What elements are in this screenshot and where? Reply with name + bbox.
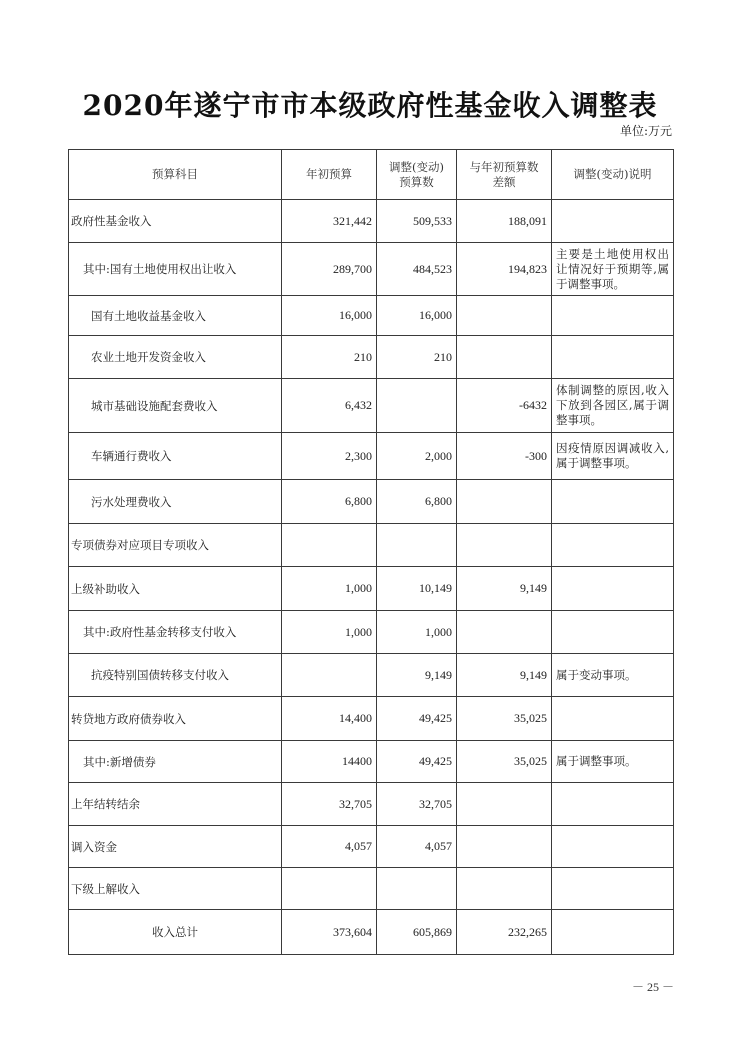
cell-initial-budget: 210 xyxy=(282,336,377,379)
cell-budget-item: 转贷地方政府债券收入 xyxy=(69,697,282,741)
cell-difference: 9,149 xyxy=(457,567,552,611)
cell-adjustment-note: 主要是土地使用权出让情况好于预期等,属于调整事项。 xyxy=(552,243,674,296)
cell-budget-item: 污水处理费收入 xyxy=(69,480,282,524)
cell-initial-budget: 32,705 xyxy=(282,783,377,826)
cell-difference xyxy=(457,480,552,524)
cell-difference xyxy=(457,826,552,868)
cell-adjusted-budget xyxy=(377,868,457,910)
cell-initial-budget: 373,604 xyxy=(282,910,377,955)
cell-adjustment-note: 属于变动事项。 xyxy=(552,654,674,697)
cell-adjusted-budget: 4,057 xyxy=(377,826,457,868)
cell-initial-budget: 14,400 xyxy=(282,697,377,741)
cell-difference: 188,091 xyxy=(457,200,552,243)
cell-initial-budget: 1,000 xyxy=(282,567,377,611)
cell-adjustment-note xyxy=(552,524,674,567)
table-row: 抗疫特别国债转移支付收入9,1499,149属于变动事项。 xyxy=(69,654,674,697)
cell-adjustment-note: 因疫情原因调减收入,属于调整事项。 xyxy=(552,433,674,480)
cell-adjusted-budget: 6,800 xyxy=(377,480,457,524)
cell-adjusted-budget: 605,869 xyxy=(377,910,457,955)
cell-adjustment-note xyxy=(552,296,674,336)
cell-adjusted-budget: 49,425 xyxy=(377,697,457,741)
cell-adjustment-note xyxy=(552,910,674,955)
table-row: 其中:国有土地使用权出让收入289,700484,523194,823主要是土地… xyxy=(69,243,674,296)
cell-budget-item: 其中:国有土地使用权出让收入 xyxy=(69,243,282,296)
cell-adjustment-note xyxy=(552,200,674,243)
cell-adjusted-budget xyxy=(377,379,457,433)
cell-adjustment-note xyxy=(552,480,674,524)
cell-adjusted-budget: 49,425 xyxy=(377,741,457,783)
budget-adjustment-table: 预算科目 年初预算 调整(变动) 预算数 与年初预算数 差额 调整(变动)说明 … xyxy=(68,149,674,955)
cell-adjustment-note xyxy=(552,826,674,868)
cell-difference xyxy=(457,524,552,567)
cell-difference xyxy=(457,783,552,826)
cell-difference: 232,265 xyxy=(457,910,552,955)
table-row: 政府性基金收入321,442509,533188,091 xyxy=(69,200,674,243)
cell-budget-item: 上年结转结余 xyxy=(69,783,282,826)
cell-difference: 9,149 xyxy=(457,654,552,697)
cell-difference xyxy=(457,868,552,910)
page-number: － 25 － xyxy=(632,978,674,995)
cell-initial-budget: 321,442 xyxy=(282,200,377,243)
cell-adjusted-budget: 509,533 xyxy=(377,200,457,243)
cell-difference: -6432 xyxy=(457,379,552,433)
table-row: 上年结转结余32,70532,705 xyxy=(69,783,674,826)
cell-adjustment-note xyxy=(552,868,674,910)
header-budget-item: 预算科目 xyxy=(69,150,282,200)
cell-difference: -300 xyxy=(457,433,552,480)
cell-adjusted-budget: 210 xyxy=(377,336,457,379)
cell-budget-item: 上级补助收入 xyxy=(69,567,282,611)
cell-budget-item: 政府性基金收入 xyxy=(69,200,282,243)
header-initial-budget: 年初预算 xyxy=(282,150,377,200)
cell-adjustment-note xyxy=(552,697,674,741)
cell-adjusted-budget: 484,523 xyxy=(377,243,457,296)
cell-budget-item: 其中:政府性基金转移支付收入 xyxy=(69,611,282,654)
table-row: 其中:政府性基金转移支付收入1,0001,000 xyxy=(69,611,674,654)
table-row: 车辆通行费收入2,3002,000-300因疫情原因调减收入,属于调整事项。 xyxy=(69,433,674,480)
cell-difference xyxy=(457,336,552,379)
table-row: 调入资金4,0574,057 xyxy=(69,826,674,868)
cell-difference: 35,025 xyxy=(457,741,552,783)
cell-budget-item: 城市基础设施配套费收入 xyxy=(69,379,282,433)
cell-difference: 35,025 xyxy=(457,697,552,741)
cell-initial-budget: 14400 xyxy=(282,741,377,783)
cell-budget-item: 其中:新增债券 xyxy=(69,741,282,783)
cell-adjusted-budget: 16,000 xyxy=(377,296,457,336)
cell-difference xyxy=(457,611,552,654)
unit-label: 单位:万元 xyxy=(620,122,672,139)
header-difference: 与年初预算数 差额 xyxy=(457,150,552,200)
cell-adjusted-budget: 9,149 xyxy=(377,654,457,697)
cell-budget-item: 国有土地收益基金收入 xyxy=(69,296,282,336)
cell-adjustment-note xyxy=(552,611,674,654)
header-adjusted-budget: 调整(变动) 预算数 xyxy=(377,150,457,200)
cell-initial-budget: 2,300 xyxy=(282,433,377,480)
table-row: 上级补助收入1,00010,1499,149 xyxy=(69,567,674,611)
table-row: 城市基础设施配套费收入6,432-6432体制调整的原因,收入下放到各园区,属于… xyxy=(69,379,674,433)
cell-initial-budget: 6,800 xyxy=(282,480,377,524)
cell-budget-item: 抗疫特别国债转移支付收入 xyxy=(69,654,282,697)
cell-adjusted-budget: 10,149 xyxy=(377,567,457,611)
cell-difference: 194,823 xyxy=(457,243,552,296)
table-row: 专项债券对应项目专项收入 xyxy=(69,524,674,567)
cell-adjustment-note xyxy=(552,783,674,826)
cell-initial-budget xyxy=(282,868,377,910)
cell-initial-budget: 1,000 xyxy=(282,611,377,654)
header-adjustment-note: 调整(变动)说明 xyxy=(552,150,674,200)
cell-initial-budget xyxy=(282,654,377,697)
cell-budget-item: 收入总计 xyxy=(69,910,282,955)
cell-budget-item: 农业土地开发资金收入 xyxy=(69,336,282,379)
page-title: 2020年遂宁市市本级政府性基金收入调整表 xyxy=(0,84,740,124)
cell-budget-item: 专项债券对应项目专项收入 xyxy=(69,524,282,567)
table-row: 其中:新增债券1440049,42535,025属于调整事项。 xyxy=(69,741,674,783)
table-row: 国有土地收益基金收入16,00016,000 xyxy=(69,296,674,336)
cell-initial-budget xyxy=(282,524,377,567)
cell-budget-item: 下级上解收入 xyxy=(69,868,282,910)
table-row: 污水处理费收入6,8006,800 xyxy=(69,480,674,524)
cell-adjustment-note xyxy=(552,336,674,379)
table-header-row: 预算科目 年初预算 调整(变动) 预算数 与年初预算数 差额 调整(变动)说明 xyxy=(69,150,674,200)
cell-adjustment-note xyxy=(552,567,674,611)
table-row: 收入总计373,604605,869232,265 xyxy=(69,910,674,955)
cell-adjusted-budget xyxy=(377,524,457,567)
cell-difference xyxy=(457,296,552,336)
cell-adjusted-budget: 1,000 xyxy=(377,611,457,654)
cell-adjustment-note: 属于调整事项。 xyxy=(552,741,674,783)
cell-adjustment-note: 体制调整的原因,收入下放到各园区,属于调整事项。 xyxy=(552,379,674,433)
table-row: 下级上解收入 xyxy=(69,868,674,910)
cell-initial-budget: 4,057 xyxy=(282,826,377,868)
cell-initial-budget: 16,000 xyxy=(282,296,377,336)
cell-initial-budget: 289,700 xyxy=(282,243,377,296)
cell-initial-budget: 6,432 xyxy=(282,379,377,433)
table-row: 农业土地开发资金收入210210 xyxy=(69,336,674,379)
cell-budget-item: 车辆通行费收入 xyxy=(69,433,282,480)
cell-adjusted-budget: 2,000 xyxy=(377,433,457,480)
table-row: 转贷地方政府债券收入14,40049,42535,025 xyxy=(69,697,674,741)
cell-adjusted-budget: 32,705 xyxy=(377,783,457,826)
cell-budget-item: 调入资金 xyxy=(69,826,282,868)
